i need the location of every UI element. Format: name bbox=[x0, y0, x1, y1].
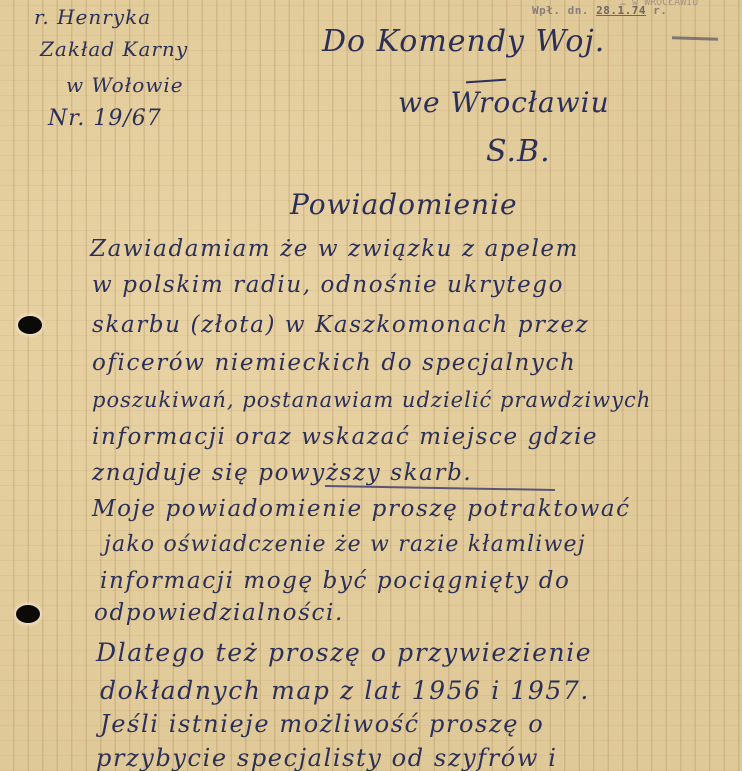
document-title: Powiadomienie bbox=[290, 188, 518, 221]
addressee-line-3: S.B. bbox=[486, 134, 551, 169]
stamp-received-label: Wpł. dn. bbox=[532, 4, 589, 17]
body-line: przybycie specjalisty od szyfrów i bbox=[96, 744, 558, 771]
body-line: Zawiadamiam że w związku z apelem bbox=[90, 236, 579, 262]
sender-location: w Wołowie bbox=[66, 70, 184, 100]
stamp-underline bbox=[672, 36, 718, 41]
body-line: poszukiwań, postanawiam udzielić prawdzi… bbox=[92, 388, 651, 412]
sender-institution: Zakład Karny bbox=[40, 34, 188, 64]
body-line: Dlatego też proszę o przywiezienie bbox=[96, 638, 592, 667]
body-line: Moje powiadomienie proszę potraktować bbox=[92, 496, 631, 522]
body-line: skarbu (złota) w Kaszkomonach przez bbox=[92, 312, 589, 338]
body-line: Jeśli istnieje możliwość proszę o bbox=[100, 710, 544, 738]
sender-name: r. Henryka bbox=[34, 2, 151, 32]
ink-cross-stroke bbox=[466, 79, 506, 84]
sender-number: Nr. 19/67 bbox=[48, 104, 162, 134]
body-line: odpowiedzialności. bbox=[94, 600, 344, 626]
body-line: informacji mogę być pociągnięty do bbox=[100, 568, 570, 594]
body-line: jako oświadczenie że w razie kłamliwej bbox=[104, 532, 586, 557]
body-line: dokładnych map z lat 1956 i 1957. bbox=[100, 676, 590, 705]
punch-hole-icon bbox=[18, 316, 42, 334]
addressee-line-2: we Wrocławiu bbox=[398, 86, 610, 119]
punch-hole-icon bbox=[16, 605, 40, 623]
body-line: znajduje się powyższy skarb. bbox=[92, 460, 472, 486]
body-line: w polskim radiu, odnośnie ukrytego bbox=[92, 272, 564, 298]
body-line: informacji oraz wskazać miejsce gdzie bbox=[92, 424, 598, 450]
stamp-suffix: r. bbox=[653, 4, 667, 17]
body-line: oficerów niemieckich do specjalnych bbox=[92, 350, 576, 376]
document-page: … w WROCŁAWIU Wpł. dn. 28.1.74 r. r. Hen… bbox=[0, 0, 742, 771]
stamp-date: 28.1.74 bbox=[596, 4, 646, 17]
registry-stamp: Wpł. dn. 28.1.74 r. bbox=[532, 4, 667, 17]
addressee-line-1: Do Komendy Woj. bbox=[322, 24, 605, 59]
